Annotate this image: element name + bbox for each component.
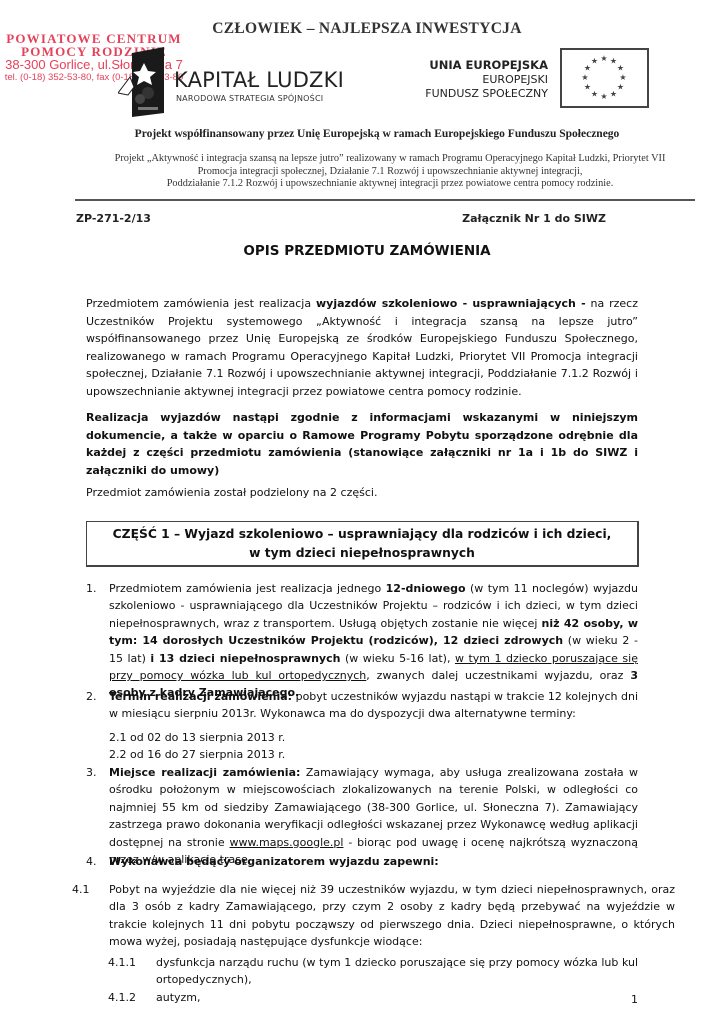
cofinanced-notice: Projekt współfinansowany przez Unię Euro… [0, 128, 724, 140]
svg-text:★: ★ [600, 54, 607, 63]
date-option-2: 2.2 od 16 do 27 sierpnia 2013 r. [109, 746, 638, 763]
item-number: 1. [86, 580, 97, 597]
sub-list: 4.1.1 dysfunkcja narządu ruchu (w tym 1 … [108, 954, 638, 1006]
intro-text-bold: wyjazdów szkoleniowo - usprawniających - [316, 297, 586, 310]
part-1-heading: CZĘŚĆ 1 – Wyjazd szkoleniowo – usprawnia… [86, 521, 639, 567]
svg-text:★: ★ [610, 90, 617, 99]
implementation-paragraph: Realizacja wyjazdów nastąpi zgodnie z in… [86, 409, 638, 479]
eu-line-3: FUNDUSZ SPOŁECZNY [400, 87, 548, 101]
svg-text:★: ★ [617, 64, 624, 73]
item-number: 2. [86, 688, 97, 705]
header-divider [75, 199, 695, 201]
eu-flag-icon: ★★★★★★★★★★★★ [560, 48, 649, 108]
date-option-1: 2.1 od 02 do 13 sierpnia 2013 r. [109, 729, 638, 746]
item-2-label: Termin realizacji zamówienia: [109, 690, 292, 703]
item-number: 4.1 [72, 881, 90, 898]
eu-line-2: EUROPEJSKI [400, 73, 548, 87]
division-paragraph: Przedmiot zamówienia został podzielony n… [86, 484, 638, 502]
list-item: 4. Wykonawca będący organizatorem wyjazd… [86, 853, 638, 870]
maps-link[interactable]: www.maps.google.pl [230, 836, 344, 849]
reference-number: ZP-271-2/13 [76, 212, 151, 225]
list-item: 2. Termin realizacji zamówienia: pobyt u… [86, 688, 638, 764]
sub-item-number: 4.1.1 [108, 954, 136, 971]
list-item: 1. Przedmiotem zamówienia jest realizacj… [86, 580, 638, 702]
intro-text-a: Przedmiotem zamówienia jest realizacja [86, 297, 316, 310]
project-desc-line-2: Promocja integracji społecznej, Działani… [80, 166, 700, 179]
eu-line-1: UNIA EUROPEJSKA [400, 58, 548, 73]
page-title: OPIS PRZEDMIOTU ZAMÓWIENIA [0, 243, 724, 259]
sub-item-number: 4.1.2 [108, 989, 136, 1006]
part-1-line-2: w tym dzieci niepełnosprawnych [87, 544, 637, 563]
item-1-text-a: Przedmiotem zamówienia jest realizacja j… [109, 582, 386, 595]
sub-list-item: 4.1.2 autyzm, [108, 989, 638, 1006]
svg-text:★: ★ [581, 73, 588, 82]
svg-text:★: ★ [600, 92, 607, 101]
intro-text-c: na rzecz Uczestników Projektu systemoweg… [86, 297, 638, 398]
sub-item-text: dysfunkcja narządu ruchu (w tym 1 dzieck… [156, 956, 638, 986]
project-desc-line-1: Projekt „Aktywność i integracja szansą n… [80, 153, 700, 166]
item-1-disabled-children: i 13 dzieci niepełnosprawnych [150, 652, 340, 665]
kapital-ludzki-title: KAPITAŁ LUDZKI [174, 68, 344, 92]
svg-text:★: ★ [617, 83, 624, 92]
part-1-line-1: CZĘŚĆ 1 – Wyjazd szkoleniowo – usprawnia… [87, 525, 637, 544]
item-1-text-g: (w wieku 5-16 lat), [340, 652, 455, 665]
item-4-1-text: Pobyt na wyjeździe dla nie więcej niż 39… [109, 883, 675, 948]
svg-text:★: ★ [591, 90, 598, 99]
sub-list-item: 4.1.1 dysfunkcja narządu ruchu (w tym 1 … [108, 954, 638, 989]
kapital-ludzki-subtitle: NARODOWA STRATEGIA SPÓJNOŚCI [176, 94, 323, 103]
item-4-label: Wykonawca będący organizatorem wyjazdu z… [109, 855, 439, 868]
project-description: Projekt „Aktywność i integracja szansą n… [80, 153, 700, 191]
project-desc-line-3: Poddziałanie 7.1.2 Rozwój i upowszechnia… [80, 178, 700, 191]
attachment-label: Załącznik Nr 1 do SIWZ [462, 212, 606, 225]
list-item: 4.1 Pobyt na wyjeździe dla nie więcej ni… [86, 881, 638, 951]
date-options: 2.1 od 02 do 13 sierpnia 2013 r. 2.2 od … [109, 729, 638, 764]
svg-text:★: ★ [619, 73, 626, 82]
svg-text:★: ★ [591, 57, 598, 66]
kapital-ludzki-logo-icon [118, 47, 168, 117]
item-1-text-i: , zwanych dalej uczestnikami wyjazdu, or… [366, 669, 630, 682]
item-1-duration: 12-dniowego [386, 582, 466, 595]
item-3-label: Miejsce realizacji zamówienia: [109, 766, 300, 779]
item-number: 4. [86, 853, 97, 870]
intro-paragraph: Przedmiotem zamówienia jest realizacja w… [86, 295, 638, 401]
item-number: 3. [86, 764, 97, 781]
page-number: 1 [631, 993, 638, 1006]
eu-fund-label: UNIA EUROPEJSKA EUROPEJSKI FUNDUSZ SPOŁE… [400, 58, 548, 101]
svg-text:★: ★ [584, 83, 591, 92]
sub-item-text: autyzm, [156, 991, 201, 1004]
